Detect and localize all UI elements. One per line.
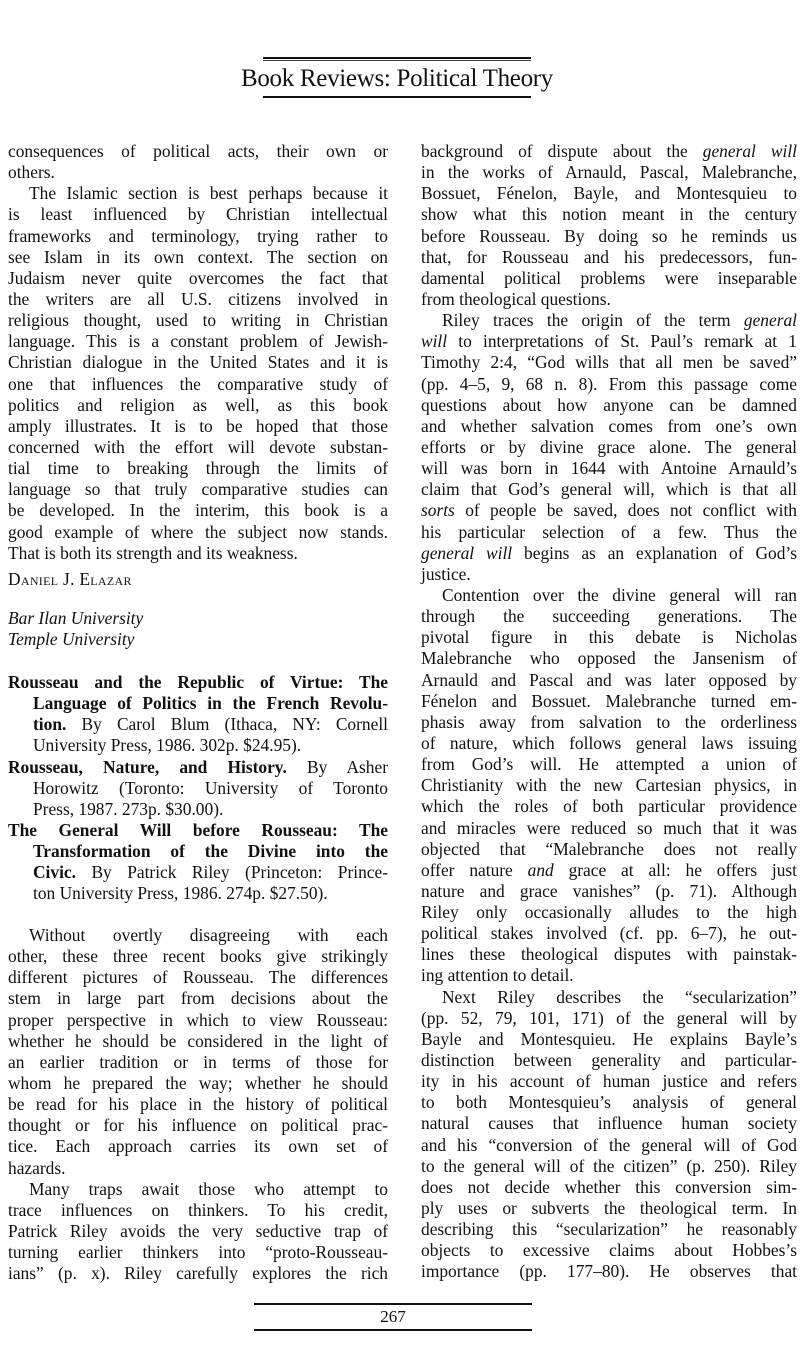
text-line: to the general will of the citizen” (p. … (421, 1156, 797, 1177)
text-line: nature and grace vanishes” (p. 71). Alth… (421, 881, 797, 902)
text-line: sorts of people be saved, does not confl… (421, 500, 797, 521)
emphasis: sorts (421, 500, 455, 520)
text-line: and miracles were reduced so much that i… (421, 818, 797, 839)
review-body-left: Without overtly disagreeing with each ot… (8, 925, 388, 1284)
text-line: is least influenced by Christian intelle… (8, 204, 388, 225)
text-run: to interpretations of St. Paul’s remark … (447, 331, 797, 351)
text-line: Transformation of the Divine into the (8, 841, 388, 862)
text-line: Next Riley describes the “secularization… (421, 987, 797, 1008)
text-line: turning earlier thinkers into “proto-Rou… (8, 1242, 388, 1263)
paragraph-riley-traces: Riley traces the origin of the term gene… (421, 310, 797, 585)
text-line: Fénelon and Bossuet. Malebranche turned … (421, 691, 797, 712)
reviewer-affiliations: Bar Ilan University Temple University (8, 608, 388, 650)
text-line: importance (pp. 177–80). He observes tha… (421, 1261, 797, 1282)
text-line: Civic. By Patrick Riley (Princeton: Prin… (8, 862, 388, 883)
text-line: claim that God’s general will, which is … (421, 479, 797, 500)
text-line: other, these three recent books give str… (8, 946, 388, 967)
text-line: ity in his account of human justice and … (421, 1071, 797, 1092)
text-line: consequences of political acts, their ow… (8, 141, 388, 162)
text-line: Christian dialogue in the United States … (8, 352, 388, 373)
text-line: that, for Rousseau and his predecessors,… (421, 247, 797, 268)
text-line: Many traps await those who attempt to (8, 1179, 388, 1200)
text-line: see Islam in its own context. The sectio… (8, 247, 388, 268)
text-line: Timothy 2:4, “God wills that all men be … (421, 352, 797, 373)
text-line: to both Montesquieu’s analysis of genera… (421, 1092, 797, 1113)
right-column: background of dispute about the general … (421, 141, 797, 1283)
page-number: 267 (254, 1305, 532, 1329)
text-line: ply uses or subverts the theological ter… (421, 1198, 797, 1219)
book-title: Rousseau and the Republic of Virtue: The (8, 672, 388, 692)
text-line: lines these theological disputes with pa… (421, 944, 797, 965)
paragraph-contention: Contention over the divine general will … (421, 585, 797, 987)
text-line: of nature, which follows general laws is… (421, 733, 797, 754)
text-line: Contention over the divine general will … (421, 585, 797, 606)
text-line: Language of Politics in the French Revol… (8, 693, 388, 714)
emphasis: will (421, 331, 447, 351)
paragraph-next-riley: Next Riley describes the “secularization… (421, 987, 797, 1283)
text-line: thought or for his influence on politica… (8, 1115, 388, 1136)
text-line: Arnauld and Pascal and was later opposed… (421, 670, 797, 691)
book-title: Rousseau, Nature, and History. (8, 757, 287, 777)
text-line: stem in large part from decisions about … (8, 988, 388, 1009)
page-footer: 267 (254, 1303, 532, 1331)
text-line: ians” (p. x). Riley carefully explores t… (8, 1263, 388, 1284)
text-line: Judaism never quite overcomes the fact t… (8, 268, 388, 289)
text-line: justice. (421, 564, 797, 585)
text-line: frameworks and terminology, trying rathe… (8, 226, 388, 247)
reviewer-name: Daniel J. Elazar (8, 569, 388, 590)
text-line: (pp. 4–5, 9, 68 n. 8). From this passage… (421, 374, 797, 395)
text-line: tice. Each approach carries its own set … (8, 1136, 388, 1157)
text-line: pivotal figure in this debate is Nichola… (421, 627, 797, 648)
text-line: Without overtly disagreeing with each (8, 925, 388, 946)
book-title: tion. (33, 714, 66, 734)
text-line: efforts or by divine grace alone. The ge… (421, 437, 797, 458)
emphasis: general will (703, 141, 797, 161)
book-title: Civic. (33, 862, 76, 882)
text-line: hazards. (8, 1158, 388, 1179)
text-line: language. This is a constant problem of … (8, 331, 388, 352)
text-line: whom he prepared the way; whether he sho… (8, 1073, 388, 1094)
text-line: one that influences the comparative stud… (8, 374, 388, 395)
book-publication: By Carol Blum (Ithaca, NY: Cornell (66, 714, 388, 734)
text-run: Riley traces the origin of the term (442, 310, 744, 330)
text-line: background of dispute about the general … (421, 141, 797, 162)
header-rule-top (263, 57, 531, 59)
text-line: show what this notion meant in the centu… (421, 204, 797, 225)
book-title: The General Will before Rousseau: The (8, 820, 388, 840)
text-line: describing this “secularization” he reas… (421, 1219, 797, 1240)
text-line: his particular selection of a few. Thus … (421, 522, 797, 543)
text-line: will to interpretations of St. Paul’s re… (421, 331, 797, 352)
book-publication: By Asher (287, 757, 388, 777)
text-line: political stakes involved (cf. pp. 6–7),… (421, 923, 797, 944)
emphasis: general (744, 310, 797, 330)
header-rule-bottom (263, 96, 531, 98)
text-line: tion. By Carol Blum (Ithaca, NY: Cornell (8, 714, 388, 735)
text-line: concerned with the effort will devote su… (8, 437, 388, 458)
text-line: language so that truly comparative studi… (8, 479, 388, 500)
text-line: Rousseau, Nature, and History. By Asher (8, 757, 388, 778)
text-line: good example of where the subject now st… (8, 522, 388, 543)
book-publication: By Patrick Riley (Princeton: Prince- (76, 862, 388, 882)
text-line: Riley traces the origin of the term gene… (421, 310, 797, 331)
affiliation: Temple University (8, 629, 388, 650)
text-line: the writers are all U.S. citizens involv… (8, 289, 388, 310)
text-line: be read for his place in the history of … (8, 1094, 388, 1115)
text-run: of people be saved, does not conflict wi… (455, 500, 797, 520)
affiliation: Bar Ilan University (8, 608, 388, 629)
text-line: Rousseau and the Republic of Virtue: The (8, 672, 388, 693)
text-line: from God’s will. He attempted a union of (421, 754, 797, 775)
text-run: offer nature (421, 860, 528, 880)
text-line: Horowitz (Toronto: University of Toronto (8, 778, 388, 799)
text-line: through the succeeding generations. The (421, 606, 797, 627)
text-line: from theological questions. (421, 289, 797, 310)
text-line: objected that “Malebranche does not real… (421, 839, 797, 860)
reviewer-signature: Daniel J. Elazar (8, 569, 388, 590)
text-line: damental political problems were insepar… (421, 268, 797, 289)
text-line: amply illustrates. It is to be hoped tha… (8, 416, 388, 437)
text-line: politics and religion as well, as this b… (8, 395, 388, 416)
book-citation: Rousseau, Nature, and History. By Asher … (8, 757, 388, 820)
text-line: trace influences on thinkers. To his cre… (8, 1200, 388, 1221)
text-line: The General Will before Rousseau: The (8, 820, 388, 841)
text-line: proper perspective in which to view Rous… (8, 1010, 388, 1031)
text-line: That is both its strength and its weakne… (8, 543, 388, 564)
left-column: consequences of political acts, their ow… (8, 141, 388, 564)
text-line: before Rousseau. By doing so he reminds … (421, 226, 797, 247)
text-line: in the works of Arnauld, Pascal, Malebra… (421, 162, 797, 183)
paragraph-many-traps: Many traps await those who attempt to tr… (8, 1179, 388, 1285)
paragraph-background: background of dispute about the general … (421, 141, 797, 310)
text-line: ing attention to detail. (421, 965, 797, 986)
text-line: Christianity with the new Cartesian phys… (421, 775, 797, 796)
book-title: Language of Politics in the French Revol… (33, 693, 388, 713)
text-line: Malebranche who opposed the Jansenism of (421, 648, 797, 669)
text-run: grace at all: he offers just (554, 860, 797, 880)
text-line: will was born in 1644 with Antoine Arnau… (421, 458, 797, 479)
book-citation: The General Will before Rousseau: The Tr… (8, 820, 388, 905)
text-line: distinction between generality and parti… (421, 1050, 797, 1071)
text-line: religious thought, used to writing in Ch… (8, 310, 388, 331)
text-line: natural causes that influence human soci… (421, 1113, 797, 1134)
text-line: be developed. In the interim, this book … (8, 500, 388, 521)
text-line: which the roles of both particular provi… (421, 796, 797, 817)
text-line: an earlier tradition or in terms of thos… (8, 1052, 388, 1073)
text-line: general will begins as an explanation of… (421, 543, 797, 564)
text-line: (pp. 52, 79, 101, 171) of the general wi… (421, 1008, 797, 1029)
text-line: The Islamic section is best perhaps beca… (8, 183, 388, 204)
text-line: University Press, 1986. 302p. $24.95). (8, 735, 388, 756)
text-line: and his “conversion of the general will … (421, 1135, 797, 1156)
footer-rule-bottom (254, 1329, 532, 1331)
text-line: Patrick Riley avoids the very seductive … (8, 1221, 388, 1242)
text-line: different pictures of Rousseau. The diff… (8, 967, 388, 988)
text-run: begins as an explanation of God’s (512, 543, 797, 563)
text-line: and whether salvation comes from one’s o… (421, 416, 797, 437)
text-line: ton University Press, 1986. 274p. $27.50… (8, 883, 388, 904)
text-line: Riley only occasionally alludes to the h… (421, 902, 797, 923)
text-line: offer nature and grace at all: he offers… (421, 860, 797, 881)
text-line: Bayle and Montesquieu. He explains Bayle… (421, 1029, 797, 1050)
paragraph-without-overtly: Without overtly disagreeing with each ot… (8, 925, 388, 1179)
text-line: does not decide whether this conversion … (421, 1177, 797, 1198)
emphasis: and (528, 860, 554, 880)
text-line: tial time to breaking through the limits… (8, 458, 388, 479)
paragraph-islamic-section: The Islamic section is best perhaps beca… (8, 183, 388, 564)
text-run: background of dispute about the (421, 141, 703, 161)
paragraph-continuation: consequences of political acts, their ow… (8, 141, 388, 183)
running-header-title: Book Reviews: Political Theory (233, 61, 561, 96)
text-line: questions about how anyone can be damned (421, 395, 797, 416)
text-line: Press, 1987. 273p. $30.00). (8, 799, 388, 820)
text-line: whether he should be considered in the l… (8, 1031, 388, 1052)
running-header: Book Reviews: Political Theory (263, 57, 531, 98)
text-line: others. (8, 162, 388, 183)
emphasis: general will (421, 543, 512, 563)
text-line: objects to excessive claims about Hobbes… (421, 1240, 797, 1261)
text-line: Bossuet, Fénelon, Bayle, and Montesquieu… (421, 183, 797, 204)
book-citations: Rousseau and the Republic of Virtue: The… (8, 672, 388, 905)
book-citation: Rousseau and the Republic of Virtue: The… (8, 672, 388, 757)
text-line: phasis away from salvation to the orderl… (421, 712, 797, 733)
book-title: Transformation of the Divine into the (33, 841, 388, 861)
